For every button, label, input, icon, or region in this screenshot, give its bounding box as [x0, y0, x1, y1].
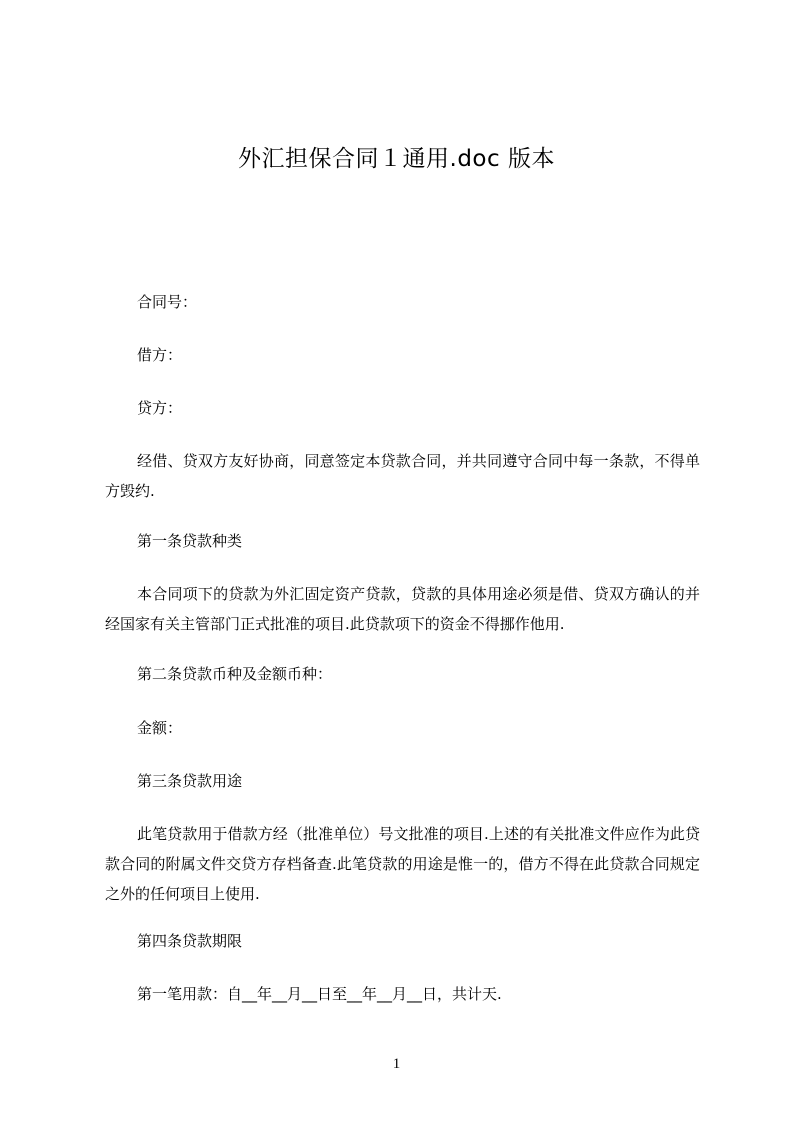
article-2-heading: 第二条贷款币种及金额币种： — [137, 659, 732, 689]
page-number: 1 — [0, 1056, 793, 1073]
contract-number-label: 合同号： — [137, 287, 732, 317]
article-4-heading: 第四条贷款期限 — [137, 926, 732, 956]
article-4-first-draw: 第一笔用款：自__年__月__日至__年__月__日，共计天. — [137, 979, 732, 1009]
article-2-amount: 金额： — [137, 713, 732, 743]
article-3-body: 此笔贷款用于借款方经（批准单位）号文批准的项目.上述的有关批准文件应作为此贷款合… — [105, 819, 700, 909]
document-title: 外汇担保合同１通用.doc 版本 — [0, 140, 793, 173]
article-1-heading: 第一条贷款种类 — [137, 526, 732, 556]
article-1-body: 本合同项下的贷款为外汇固定资产贷款，贷款的具体用途必须是借、贷双方确认的并经国家… — [105, 579, 700, 639]
lender-label: 贷方： — [137, 393, 732, 423]
borrower-label: 借方： — [137, 340, 732, 370]
intro-paragraph: 经借、贷双方友好协商，同意签定本贷款合同，并共同遵守合同中每一条款，不得单方毁约… — [105, 446, 700, 506]
article-3-heading: 第三条贷款用途 — [137, 766, 732, 796]
